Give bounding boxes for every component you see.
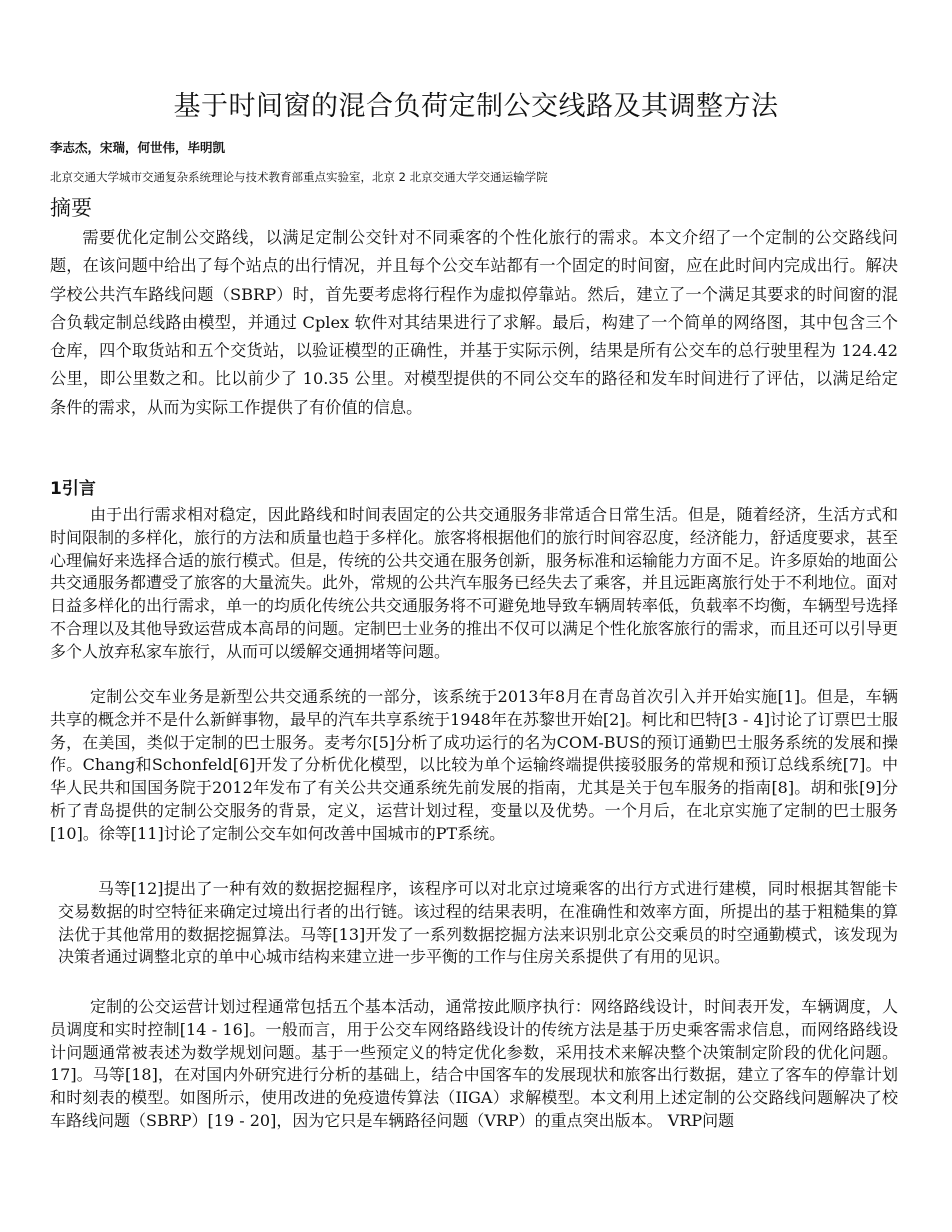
intro-paragraph-4: 定制的公交运营计划过程通常包括五个基本活动，通常按此顺序执行：网络路线设计，时间… [50,996,898,1133]
document-page: 基于时间窗的混合负荷定制公交线路及其调整方法 李志杰，宋瑞，何世伟，毕明凯 北京… [0,0,952,1232]
author-list: 李志杰，宋瑞，何世伟，毕明凯 [50,138,225,156]
abstract-heading: 摘要 [50,192,92,222]
paper-title: 基于时间窗的混合负荷定制公交线路及其调整方法 [0,84,952,123]
introduction-heading: 1引言 [50,474,96,499]
intro-paragraph-1: 由于出行需求相对稳定，因此路线和时间表固定的公共交通服务非常适合日常生活。但是，… [50,504,898,664]
abstract-text: 需要优化定制公交路线，以满足定制公交针对不同乘客的个性化旅行的需求。本文介绍了一… [50,224,898,422]
intro-paragraph-3: 马等[12]提出了一种有效的数据挖掘程序，该程序可以对北京过境乘客的出行方式进行… [58,878,898,969]
intro-paragraph-2: 定制公交车业务是新型公共交通系统的一部分，该系统于2013年8月在青岛首次引入并… [50,686,898,846]
affiliation: 北京交通大学城市交通复杂系统理论与技术教育部重点实验室，北京 2 北京交通大学交… [50,169,548,185]
